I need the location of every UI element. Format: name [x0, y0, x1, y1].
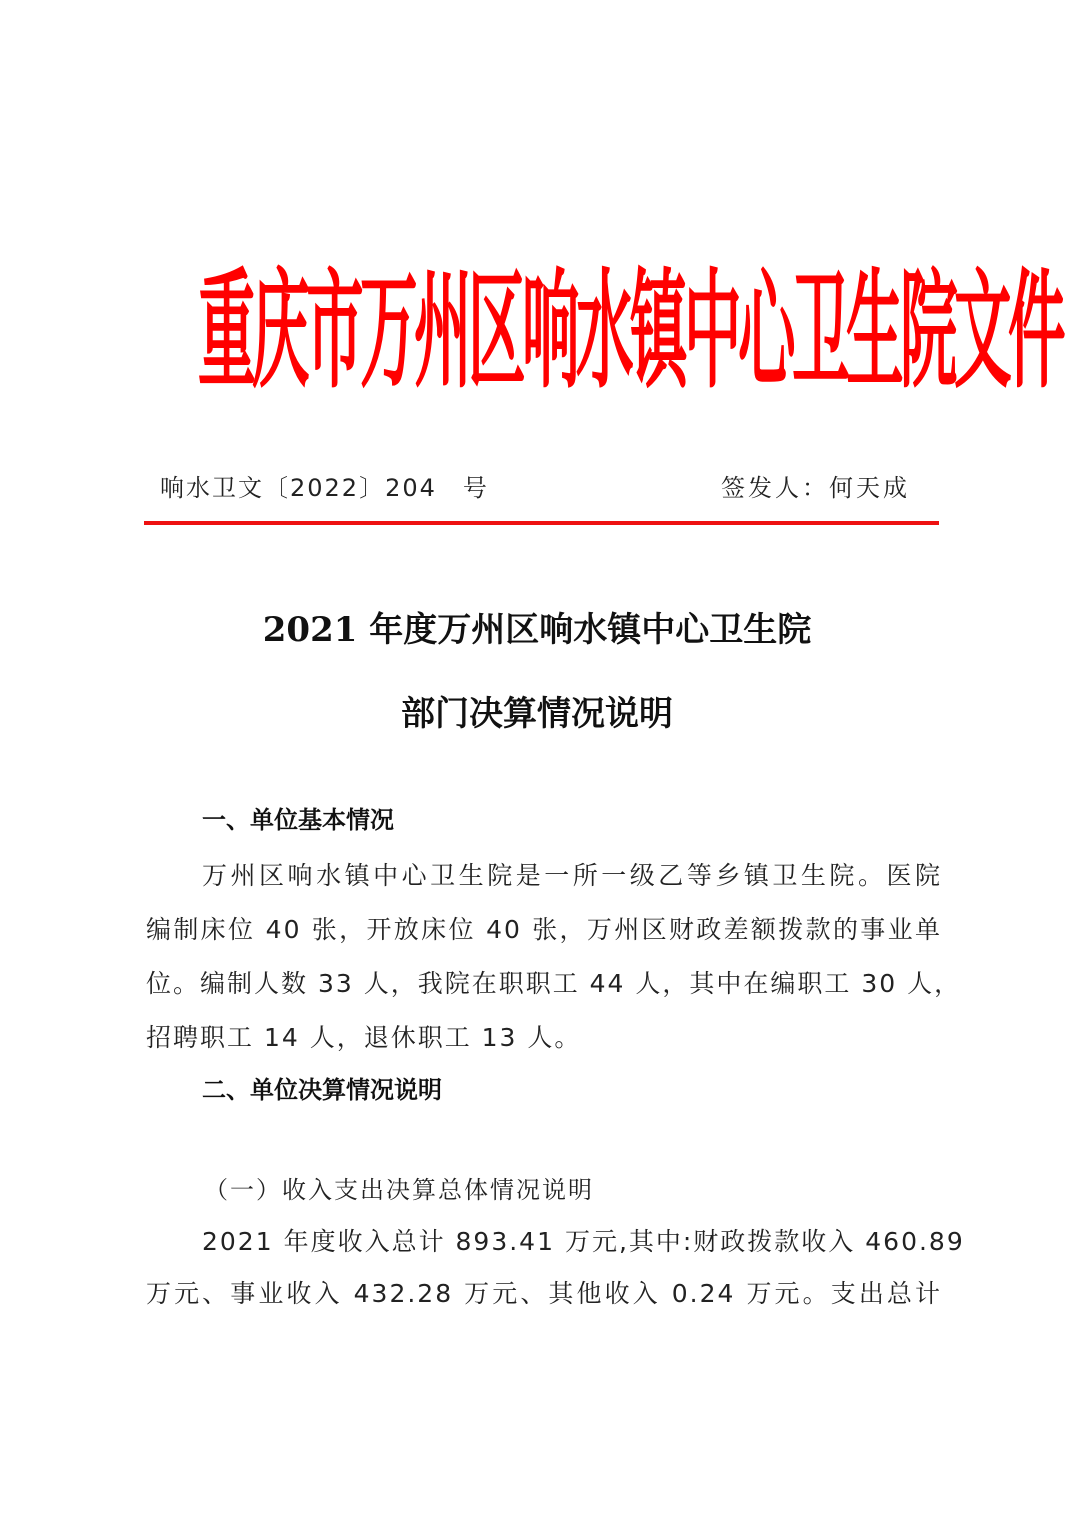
section-heading-basic-info: 一、单位基本情况: [202, 800, 394, 835]
section-heading-final-accounts: 二、单位决算情况说明: [202, 1070, 442, 1105]
masthead-text: 重庆市万州区响水镇中心卫生院文件: [198, 163, 1062, 503]
paragraph-line: 招聘职工 14 人，退休职工 13 人。: [146, 1018, 942, 1054]
document-title-line-1: 2021 年度万州区响水镇中心卫生院: [0, 602, 1074, 651]
paragraph-line: 万州区响水镇中心卫生院是一所一级乙等乡镇卫生院。医院: [202, 856, 942, 892]
signer: 签发人：何天成: [721, 468, 910, 503]
document-title-line-2: 部门决算情况说明: [0, 686, 1074, 735]
paragraph-line: 万元、事业收入 432.28 万元、其他收入 0.24 万元。支出总计: [146, 1274, 942, 1310]
red-divider: [144, 521, 939, 525]
masthead-title: 重庆市万州区响水镇中心卫生院文件: [150, 248, 935, 418]
document-number: 响水卫文〔2022〕204 号: [160, 468, 489, 503]
document-meta-row: 响水卫文〔2022〕204 号 签发人：何天成: [160, 468, 910, 508]
subsection-heading: （一）收入支出决算总体情况说明: [204, 1170, 594, 1205]
paragraph-line: 编制床位 40 张，开放床位 40 张，万州区财政差额拨款的事业单: [146, 910, 942, 946]
paragraph-line: 位。编制人数 33 人，我院在职职工 44 人，其中在编职工 30 人，: [146, 964, 942, 1000]
paragraph-line: 2021 年度收入总计 893.41 万元,其中:财政拨款收入 460.89: [202, 1222, 942, 1258]
